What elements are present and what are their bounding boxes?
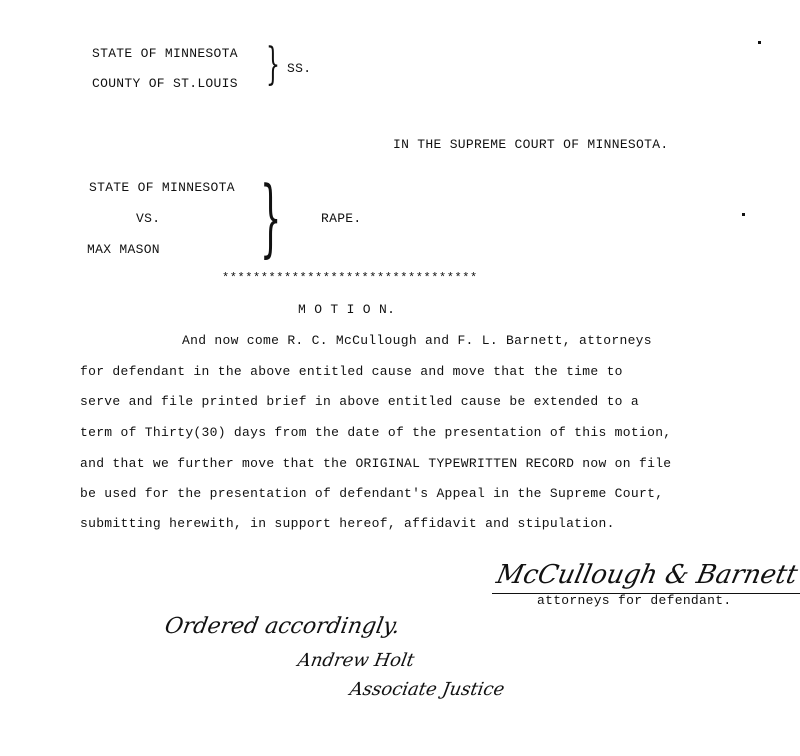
venue-state: STATE OF MINNESOTA — [92, 46, 238, 62]
separator-asterisks: ********************************* — [222, 270, 478, 286]
body-line: serve and file printed brief in above en… — [80, 394, 639, 410]
body-line: submitting herewith, in support hereof, … — [80, 516, 615, 532]
caption-charge: RAPE. — [321, 211, 362, 227]
attorney-signature: McCullough & Barnett — [494, 560, 800, 590]
body-line: be used for the presentation of defendan… — [80, 486, 663, 502]
caption-defendant: MAX MASON — [87, 242, 160, 258]
motion-title: M O T I O N. — [298, 302, 395, 318]
body-line: term of Thirty(30) days from the date of… — [80, 425, 671, 441]
caption-plaintiff: STATE OF MINNESOTA — [89, 180, 235, 196]
caption-brace: } — [260, 172, 281, 262]
order-text: Ordered accordingly. — [163, 614, 402, 639]
signature-label: attorneys for defendant. — [537, 593, 731, 609]
order-signer-title: Associate Justice — [348, 679, 506, 700]
court-heading: IN THE SUPREME COURT OF MINNESOTA. — [393, 137, 668, 153]
scan-speck — [758, 41, 761, 44]
venue-brace: } — [266, 40, 280, 90]
venue-ss: SS. — [287, 61, 311, 77]
body-line: and that we further move that the ORIGIN… — [80, 456, 671, 472]
caption-versus: VS. — [136, 211, 160, 227]
body-line: And now come R. C. McCullough and F. L. … — [182, 333, 652, 349]
body-line: for defendant in the above entitled caus… — [80, 364, 623, 380]
venue-county: COUNTY OF ST.LOUIS — [92, 76, 238, 92]
scan-speck — [742, 213, 745, 216]
order-signer: Andrew Holt — [296, 650, 416, 671]
